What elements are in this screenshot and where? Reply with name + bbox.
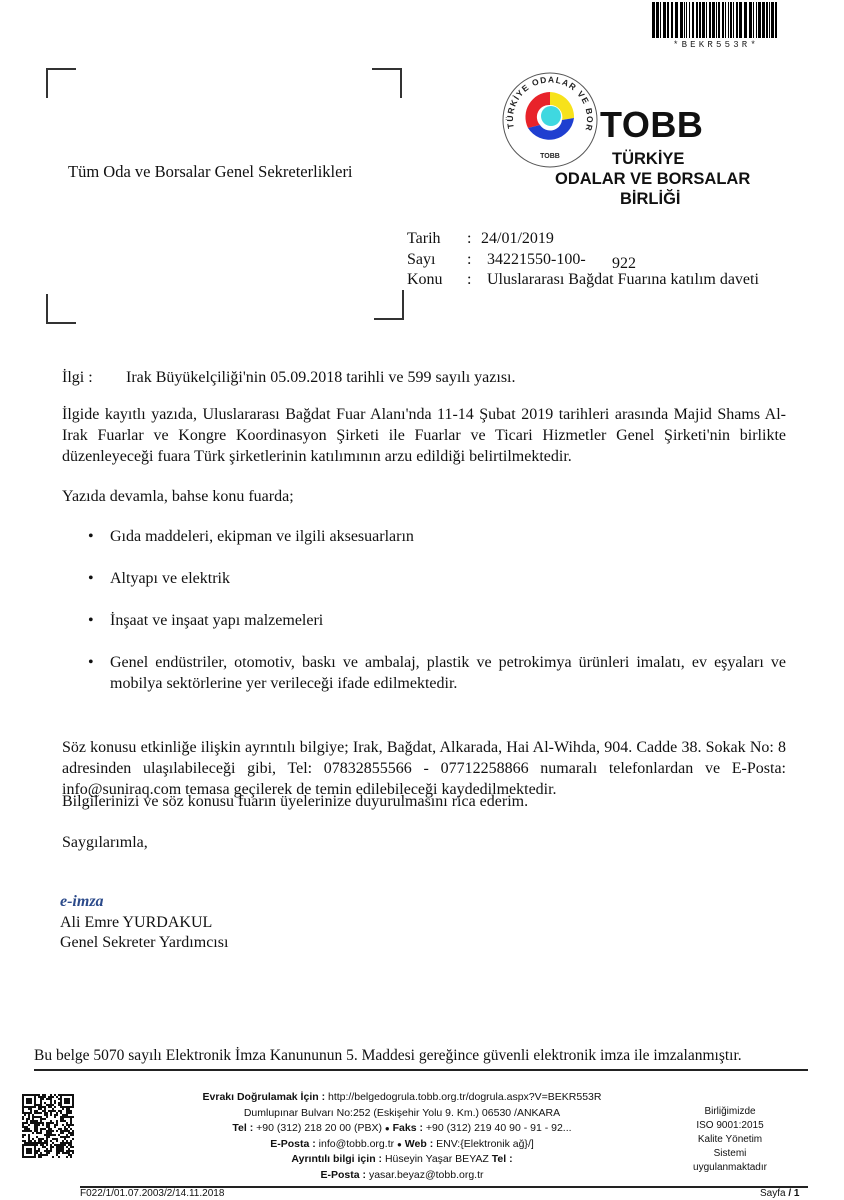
reference: İlgi : Irak Büyükelçiliği'nin 05.09.2018… <box>62 369 515 387</box>
iso-line: Kalite Yönetim <box>680 1133 780 1147</box>
page-value: / 1 <box>788 1188 799 1199</box>
colon: : <box>467 251 481 269</box>
date-label: Tarih <box>407 230 467 248</box>
e-signature-stamp: e-imza <box>60 893 104 911</box>
bullet-icon: • <box>88 526 94 547</box>
barcode-text: *BEKR553R* <box>652 40 780 50</box>
qr-code-icon[interactable] <box>22 1094 74 1158</box>
list-item: • Altyapı ve elektrik <box>88 568 786 589</box>
iso-certification: Birliğimizde ISO 9001:2015 Kalite Yöneti… <box>680 1105 780 1175</box>
colon: : <box>467 271 481 289</box>
date-value: 24/01/2019 <box>481 230 554 248</box>
address-window-corner <box>374 290 404 320</box>
list-item-text: Genel endüstriler, otomotiv, baskı ve am… <box>110 654 786 692</box>
verify-line: Evrakı Doğrulamak İçin : http://belgedog… <box>168 1090 636 1106</box>
contact-name: Hüseyin Yaşar BEYAZ <box>385 1153 489 1165</box>
iso-line: Birliğimizde <box>680 1105 780 1119</box>
body-paragraph: Bilgilerinizi ve söz konusu fuarın üyele… <box>62 791 786 812</box>
body-paragraph: İlgide kayıtlı yazıda, Uluslararası Bağd… <box>62 404 786 467</box>
email-label: E-Posta : <box>270 1138 316 1150</box>
iso-line: ISO 9001:2015 <box>680 1119 780 1133</box>
contact-line: Ayrıntılı bilgi için : Hüseyin Yaşar BEY… <box>168 1152 636 1168</box>
meta-subject: Konu : Uluslararası Bağdat Fuarına katıl… <box>407 271 759 289</box>
contact-email-link[interactable]: yasar.beyaz@tobb.org.tr <box>369 1169 484 1181</box>
list-item: • Genel endüstriler, otomotiv, baskı ve … <box>88 652 786 694</box>
form-code: F022/1/01.07.2003/2/14.11.2018 <box>80 1188 224 1199</box>
list-item: • İnşaat ve inşaat yapı malzemeleri <box>88 610 786 631</box>
tobb-logo-icon: TÜRKİYE ODALAR VE BORSALAR BİRLİĞİ TOBB <box>500 70 600 170</box>
recipient: Tüm Oda ve Borsalar Genel Sekreterlikler… <box>68 162 353 182</box>
iso-line: Sistemi <box>680 1147 780 1161</box>
address-window-corner <box>46 68 76 98</box>
page-number: Sayfa / 1 <box>760 1188 799 1199</box>
separator-icon: ● <box>385 1124 390 1133</box>
web-value: ENV:{Elektronik ağ}/] <box>436 1138 534 1150</box>
signatory-title: Genel Sekreter Yardımcısı <box>60 934 228 952</box>
colon: : <box>467 230 481 248</box>
org-acronym: TOBB <box>600 104 703 146</box>
svg-text:TOBB: TOBB <box>540 153 560 160</box>
meta-number: Sayı : 34221550-100- <box>407 251 586 269</box>
subject-value: Uluslararası Bağdat Fuarına katılım dave… <box>481 271 759 289</box>
reference-value: Irak Büyükelçiliği'nin 05.09.2018 tarihl… <box>126 369 515 387</box>
number-value: 34221550-100- <box>481 251 586 269</box>
legal-notice: Bu belge 5070 sayılı Elektronik İmza Kan… <box>34 1047 742 1065</box>
bullet-icon: • <box>88 610 94 631</box>
tel-label: Tel : <box>232 1122 253 1134</box>
address-window-corner <box>46 294 76 324</box>
body-paragraph: Yazıda devamla, bahse konu fuarda; <box>62 486 786 507</box>
bullet-icon: • <box>88 652 94 673</box>
phone-line: Tel : +90 (312) 218 20 00 (PBX) ● Faks :… <box>168 1121 636 1137</box>
address-window-corner <box>372 68 402 98</box>
meta-date: Tarih : 24/01/2019 <box>407 230 554 248</box>
barcode <box>652 2 778 38</box>
verify-label: Evrakı Doğrulamak İçin : <box>203 1091 326 1103</box>
footer-contact: Evrakı Doğrulamak İçin : http://belgedog… <box>168 1090 636 1183</box>
number-label: Sayı <box>407 251 467 269</box>
page-label: Sayfa <box>760 1188 786 1199</box>
contact-email-label: E-Posta : <box>321 1169 367 1181</box>
subject-label: Konu <box>407 271 467 289</box>
fax-value: +90 (312) 219 40 90 - 91 - 92... <box>426 1122 572 1134</box>
org-name-line1: TÜRKİYE <box>612 150 684 169</box>
org-name-line3: BİRLİĞİ <box>620 190 681 209</box>
reference-label: İlgi : <box>62 369 126 387</box>
web-label: Web : <box>405 1138 433 1150</box>
email-link[interactable]: info@tobb.org.tr <box>319 1138 394 1150</box>
list-item: • Gıda maddeleri, ekipman ve ilgili akse… <box>88 526 786 547</box>
list-item-text: Altyapı ve elektrik <box>110 570 230 587</box>
org-name-line2: ODALAR VE BORSALAR <box>555 170 750 189</box>
contact-email-line: E-Posta : yasar.beyaz@tobb.org.tr <box>168 1168 636 1184</box>
email-web-line: E-Posta : info@tobb.org.tr ● Web : ENV:{… <box>168 1137 636 1153</box>
closing: Saygılarımla, <box>62 832 786 853</box>
contact-tel-label: Tel : <box>492 1153 513 1165</box>
tel-value: +90 (312) 218 20 00 (PBX) <box>256 1122 382 1134</box>
list-item-text: İnşaat ve inşaat yapı malzemeleri <box>110 612 323 629</box>
fax-label: Faks : <box>393 1122 423 1134</box>
verify-link[interactable]: http://belgedogrula.tobb.org.tr/dogrula.… <box>328 1091 601 1103</box>
address: Dumlupınar Bulvarı No:252 (Eskişehir Yol… <box>168 1106 636 1122</box>
iso-line: uygulanmaktadır <box>680 1161 780 1175</box>
list-item-text: Gıda maddeleri, ekipman ve ilgili aksesu… <box>110 528 414 545</box>
contact-label: Ayrıntılı bilgi için : <box>291 1153 382 1165</box>
signatory-name: Ali Emre YURDAKUL <box>60 914 212 932</box>
bullet-icon: • <box>88 568 94 589</box>
separator-icon: ● <box>397 1140 402 1149</box>
divider <box>34 1069 808 1071</box>
